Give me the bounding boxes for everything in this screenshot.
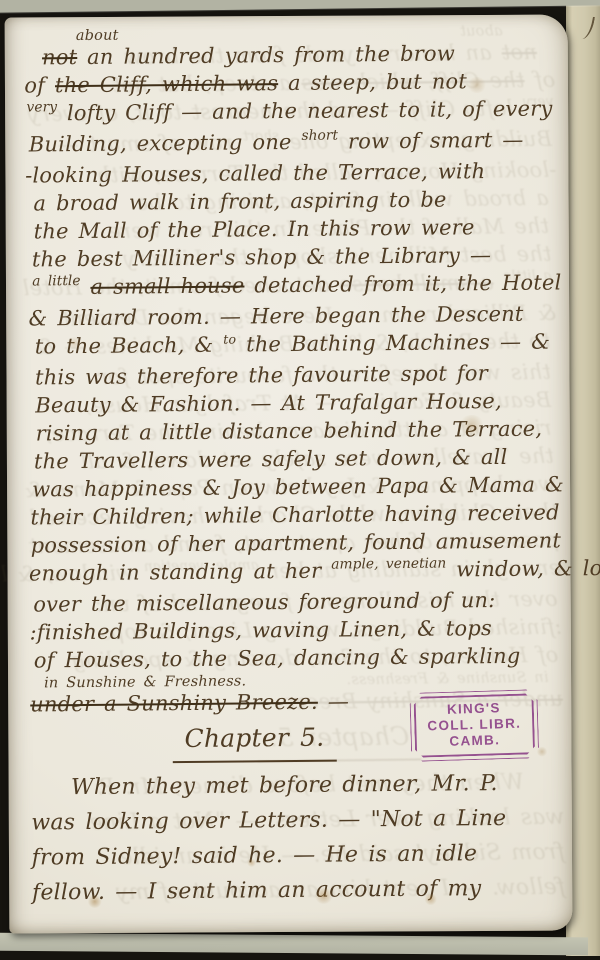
manuscript-segment-strike: the Cliff, which was bbox=[55, 71, 278, 97]
manuscript-segment-normal: from Sidney! said he. — He is an idle bbox=[32, 841, 478, 870]
manuscript-line: fellow. — I sent him an account of my bbox=[32, 870, 564, 910]
manuscript-segment-normal: rising at a little distance behind the T… bbox=[36, 417, 543, 446]
manuscript-segment-normal: this was therefore the favourite spot fo… bbox=[35, 361, 488, 389]
photographed-manuscript-scene: aboutnot an hundred yards from the browo… bbox=[0, 0, 600, 960]
manuscript-segment-strike: under a Sunshiny Breeze. bbox=[30, 690, 318, 717]
manuscript-line: very lofty Cliff — and the nearest to it… bbox=[26, 94, 556, 130]
manuscript-segment-normal: Beauty & Fashion. — At Trafalgar House, bbox=[35, 389, 502, 417]
manuscript-segment-above: very bbox=[26, 93, 57, 121]
manuscript-line: a little a small house detached from it,… bbox=[32, 268, 558, 304]
manuscript-segment-above: ample, venetian bbox=[331, 550, 446, 579]
manuscript-line: from Sidney! said he. — He is an idle bbox=[32, 835, 564, 875]
manuscript-segment-normal: a broad walk in front, aspiring to be bbox=[33, 187, 446, 215]
manuscript-segment-normal: to the Beach, & bbox=[35, 333, 224, 359]
manuscript-segment-normal: of Houses, to the Sea, dancing & sparkli… bbox=[34, 644, 521, 673]
manuscript-segment-strike: not bbox=[42, 45, 77, 69]
manuscript-segment-normal: a steep, but not bbox=[278, 69, 467, 95]
manuscript-line: When they met before dinner, Mr. P. bbox=[71, 765, 563, 805]
manuscript-segment-normal: row of smart — bbox=[338, 128, 524, 154]
manuscript-segment-normal: the best Milliner's shop & the Library — bbox=[32, 243, 491, 271]
manuscript-segment-normal: the Travellers were safely set down, & a… bbox=[34, 445, 508, 474]
manuscript-segment-normal: When they met before dinner, Mr. P. bbox=[71, 771, 498, 800]
stamp-line-3: CAMB. bbox=[419, 731, 531, 750]
manuscript-segment-underline: Chapter 5. bbox=[172, 718, 336, 764]
page-edge-bottom bbox=[0, 933, 588, 956]
manuscript-segment-above: a little bbox=[32, 267, 81, 295]
manuscript-segment-normal bbox=[80, 275, 90, 299]
manuscript-segment-normal: & Billiard room. — Here began the Descen… bbox=[28, 302, 523, 331]
manuscript-page: aboutnot an hundred yards from the browo… bbox=[5, 15, 573, 934]
manuscript-line: to the Beach, & to the Bathing Machines … bbox=[35, 327, 559, 363]
manuscript-segment-normal: enough in standing at her bbox=[29, 559, 331, 586]
manuscript-segment-normal: — bbox=[318, 689, 349, 713]
manuscript-line: was looking over Letters. — "Not a Line bbox=[31, 800, 563, 840]
manuscript-segment-normal: :finished Buildings, waving Linen, & top… bbox=[29, 616, 492, 644]
manuscript-segment-normal: over the miscellaneous foreground of un: bbox=[33, 588, 495, 616]
manuscript-segment-sup: to bbox=[223, 326, 236, 354]
manuscript-segment-normal: the Mall of the Place. In this row were bbox=[34, 215, 475, 243]
manuscript-segment-normal: fellow. — I sent him an account of my bbox=[32, 876, 481, 905]
manuscript-line: of Houses, to the Sea, dancing & sparkli… bbox=[34, 641, 562, 674]
stamp-line-2: COLL. LIBR. bbox=[418, 715, 530, 734]
manuscript-line: -looking Houses, called the Terrace, wit… bbox=[25, 156, 557, 189]
manuscript-text: aboutnot an hundred yards from the browo… bbox=[24, 22, 564, 910]
library-stamp: KING'S COLL. LIBR. CAMB. bbox=[409, 689, 539, 762]
manuscript-segment-normal: was happiness & Joy between Papa & Mama … bbox=[32, 472, 564, 501]
page-edge-top bbox=[0, 0, 600, 13]
manuscript-segment-normal: detached from it, the Hotel bbox=[244, 270, 561, 297]
manuscript-segment-normal: the Bathing Machines — & bbox=[236, 330, 550, 357]
manuscript-segment-normal: possession of her apartment, found amuse… bbox=[31, 528, 562, 557]
stamp-inner-frame: KING'S COLL. LIBR. CAMB. bbox=[413, 693, 535, 758]
manuscript-segment-normal: their Children; while Charlotte having r… bbox=[30, 500, 560, 529]
stamp-outer-frame: KING'S COLL. LIBR. CAMB. bbox=[409, 689, 539, 762]
manuscript-segment-normal: about bbox=[76, 28, 119, 44]
manuscript-segment-normal: an hundred yards from the brow bbox=[77, 41, 455, 69]
manuscript-segment-normal: -looking Houses, called the Terrace, wit… bbox=[25, 159, 485, 187]
manuscript-line: enough in standing at her ample, venetia… bbox=[29, 554, 561, 590]
manuscript-line: Building, excepting one short row of sma… bbox=[29, 125, 557, 161]
manuscript-segment-normal: window, & looking bbox=[446, 555, 600, 581]
manuscript-segment-strike: a small house bbox=[90, 273, 244, 298]
manuscript-segment-normal: Building, excepting one bbox=[29, 130, 302, 157]
manuscript-segment-normal: was looking over Letters. — "Not a Line bbox=[31, 806, 506, 836]
manuscript-segment-above: short bbox=[301, 122, 338, 150]
